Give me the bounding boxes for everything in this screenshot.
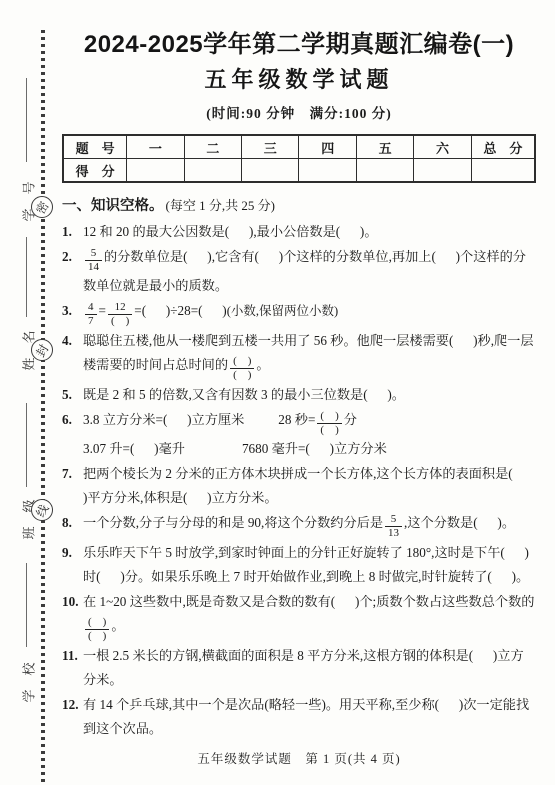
page-subtitle: 五年级数学试题 — [62, 66, 536, 93]
fraction-numerator: 12 — [108, 301, 132, 315]
question-number: 6. — [62, 408, 83, 432]
question-text: 聪聪住五楼,他从一楼爬到五楼一共用了 56 秒。他爬一层楼需要( )秒,爬一层楼… — [83, 333, 534, 372]
fraction-denominator: 13 — [385, 527, 402, 540]
score-header-1: 一 — [127, 135, 184, 159]
fraction-numerator: 4 — [85, 301, 97, 315]
fraction: 12( ) — [108, 301, 132, 328]
score-header-total: 总 分 — [471, 135, 535, 159]
question-text: 既是 2 和 5 的倍数,又含有因数 3 的最小三位数是( )。 — [83, 387, 405, 402]
question-text: (小数,保留两位小数) — [227, 304, 338, 318]
question-4: 4.聪聪住五楼,他从一楼爬到五楼一共用了 56 秒。他爬一层楼需要( )秒,爬一… — [62, 329, 536, 382]
question-number: 8. — [62, 511, 83, 535]
fraction: ( )( ) — [230, 355, 254, 382]
section-note: (每空 1 分,共 25 分) — [166, 198, 275, 213]
page-title: 2024-2025学年第二学期真题汇编卷(一) — [62, 30, 536, 59]
question-text: =( )÷28=( ) — [134, 303, 226, 318]
fraction: 47 — [85, 301, 97, 328]
question-number: 4. — [62, 329, 83, 353]
fraction-denominator: ( ) — [317, 424, 341, 437]
question-text: 3.8 立方分米=( )立方厘米 — [83, 412, 244, 427]
score-header-2: 二 — [184, 135, 241, 159]
exam-time-score-line: (时间:90 分钟 满分:100 分) — [62, 102, 536, 122]
score-table: 题 号 一 二 三 四 五 六 总 分 得 分 — [62, 134, 536, 183]
score-header-3: 三 — [242, 135, 299, 159]
question-text: ,这个分数是( )。 — [404, 515, 515, 530]
question-text: 12 和 20 的最大公因数是( ),最小公倍数是( )。 — [83, 224, 378, 239]
score-cell — [184, 159, 241, 183]
score-cell — [299, 159, 356, 183]
score-table-header-row: 题 号 一 二 三 四 五 六 总 分 — [63, 135, 535, 159]
seal-dashed-line — [41, 30, 45, 785]
seal-char-xian: 线 — [31, 499, 53, 521]
fraction-numerator: 5 — [85, 247, 102, 261]
question-number: 2. — [62, 245, 83, 269]
school-label: 学校 — [19, 616, 36, 736]
question-12: 12.有 14 个乒乓球,其中一个是次品(略轻一些)。用天平称,至少称( )次一… — [62, 693, 536, 741]
question-text: 把两个棱长为 2 分米的正方体木块拼成一个长方体,这个长方体的表面积是( )平方… — [83, 466, 532, 505]
question-text: 在 1~20 这些数中,既是奇数又是合数的数有( )个;质数个数占这些数总个数的 — [83, 594, 534, 609]
question-text: 3.07 升=( )毫升 — [83, 441, 185, 456]
seal-char-feng-text: 封 — [32, 341, 53, 360]
question-text: 。 — [111, 618, 124, 633]
fraction: ( )( ) — [85, 616, 109, 643]
section-title: 一、知识空格。 — [62, 198, 164, 214]
question-text: 乐乐昨天下午 5 时放学,到家时钟面上的分针正好旋转了 180°,这时是下午( … — [83, 545, 529, 584]
column-gap — [244, 423, 278, 424]
question-text: 一根 2.5 米长的方钢,横截面的面积是 8 平方分米,这根方钢的体积是( )立… — [83, 648, 524, 687]
question-text: 28 秒= — [278, 412, 315, 427]
question-text: 一个分数,分子与分母的和是 90,将这个分数约分后是 — [83, 515, 383, 530]
question-8: 8.一个分数,分子与分母的和是 90,将这个分数约分后是513,这个分数是( )… — [62, 511, 536, 540]
score-cell — [471, 159, 535, 183]
fraction-denominator: 14 — [85, 261, 102, 274]
fraction-denominator: ( ) — [85, 630, 109, 643]
question-6: 6.3.8 立方分米=( )立方厘米28 秒=( )( )分3.07 升=( )… — [62, 408, 536, 461]
fraction-denominator: ( ) — [108, 315, 132, 328]
question-11: 11.一根 2.5 米长的方钢,横截面的面积是 8 平方分米,这根方钢的体积是(… — [62, 644, 536, 692]
score-row-label: 得 分 — [63, 159, 127, 183]
question-number: 11. — [62, 644, 83, 668]
question-number: 12. — [62, 693, 83, 717]
section-heading: 一、知识空格。(每空 1 分,共 25 分) — [62, 194, 536, 215]
score-cell — [127, 159, 184, 183]
fraction: 513 — [385, 513, 402, 540]
question-number: 9. — [62, 541, 83, 565]
question-7: 7.把两个棱长为 2 分米的正方体木块拼成一个长方体,这个长方体的表面积是( )… — [62, 462, 536, 510]
score-header-label: 题 号 — [63, 135, 127, 159]
question-number: 7. — [62, 462, 83, 486]
question-text: 7680 毫升=( )立方分米 — [242, 441, 387, 456]
score-header-4: 四 — [299, 135, 356, 159]
fraction: ( )( ) — [317, 410, 341, 437]
score-header-6: 六 — [414, 135, 471, 159]
score-table-score-row: 得 分 — [63, 159, 535, 183]
score-cell — [414, 159, 471, 183]
question-text: 有 14 个乒乓球,其中一个是次品(略轻一些)。用天平称,至少称( )次一定能找… — [83, 697, 529, 736]
score-cell — [242, 159, 299, 183]
fraction-numerator: 5 — [385, 513, 402, 527]
score-cell — [356, 159, 413, 183]
question-text: 。 — [256, 357, 269, 372]
fraction-numerator: ( ) — [230, 355, 254, 369]
seal-char-mi-text: 密 — [32, 198, 53, 217]
fraction-numerator: ( ) — [85, 616, 109, 630]
question-text: 的分数单位是( ),它含有( )个这样的分数单位,再加上( )个这样的分数单位就… — [83, 249, 526, 293]
question-3: 3.47=12( )=( )÷28=( )(小数,保留两位小数) — [62, 299, 536, 328]
page-footer: 五年级数学试题 第 1 页(共 4 页) — [62, 749, 536, 767]
exam-page: 2024-2025学年第二学期真题汇编卷(一) 五年级数学试题 (时间:90 分… — [62, 0, 536, 785]
question-10: 10.在 1~20 这些数中,既是奇数又是合数的数有( )个;质数个数占这些数总… — [62, 590, 536, 643]
fraction-denominator: 7 — [85, 315, 97, 328]
question-1: 1.12 和 20 的最大公因数是( ),最小公倍数是( )。 — [62, 220, 536, 244]
question-number: 3. — [62, 299, 83, 323]
fraction-numerator: ( ) — [317, 410, 341, 424]
question-5: 5.既是 2 和 5 的倍数,又含有因数 3 的最小三位数是( )。 — [62, 383, 536, 407]
question-number: 10. — [62, 590, 83, 614]
fraction: 514 — [85, 247, 102, 274]
question-9: 9.乐乐昨天下午 5 时放学,到家时钟面上的分针正好旋转了 180°,这时是下午… — [62, 541, 536, 589]
column-gap — [185, 452, 242, 453]
fraction-denominator: ( ) — [230, 369, 254, 382]
questions: 1.12 和 20 的最大公因数是( ),最小公倍数是( )。2.514的分数单… — [62, 220, 536, 741]
question-number: 5. — [62, 383, 83, 407]
question-text: = — [99, 303, 106, 318]
seal-char-mi: 密 — [31, 196, 53, 218]
seal-char-feng: 封 — [31, 339, 53, 361]
question-2: 2.514的分数单位是( ),它含有( )个这样的分数单位,再加上( )个这样的… — [62, 245, 536, 298]
score-header-5: 五 — [356, 135, 413, 159]
question-number: 1. — [62, 220, 83, 244]
question-text: 分 — [344, 412, 357, 427]
seal-char-xian-text: 线 — [32, 501, 53, 520]
